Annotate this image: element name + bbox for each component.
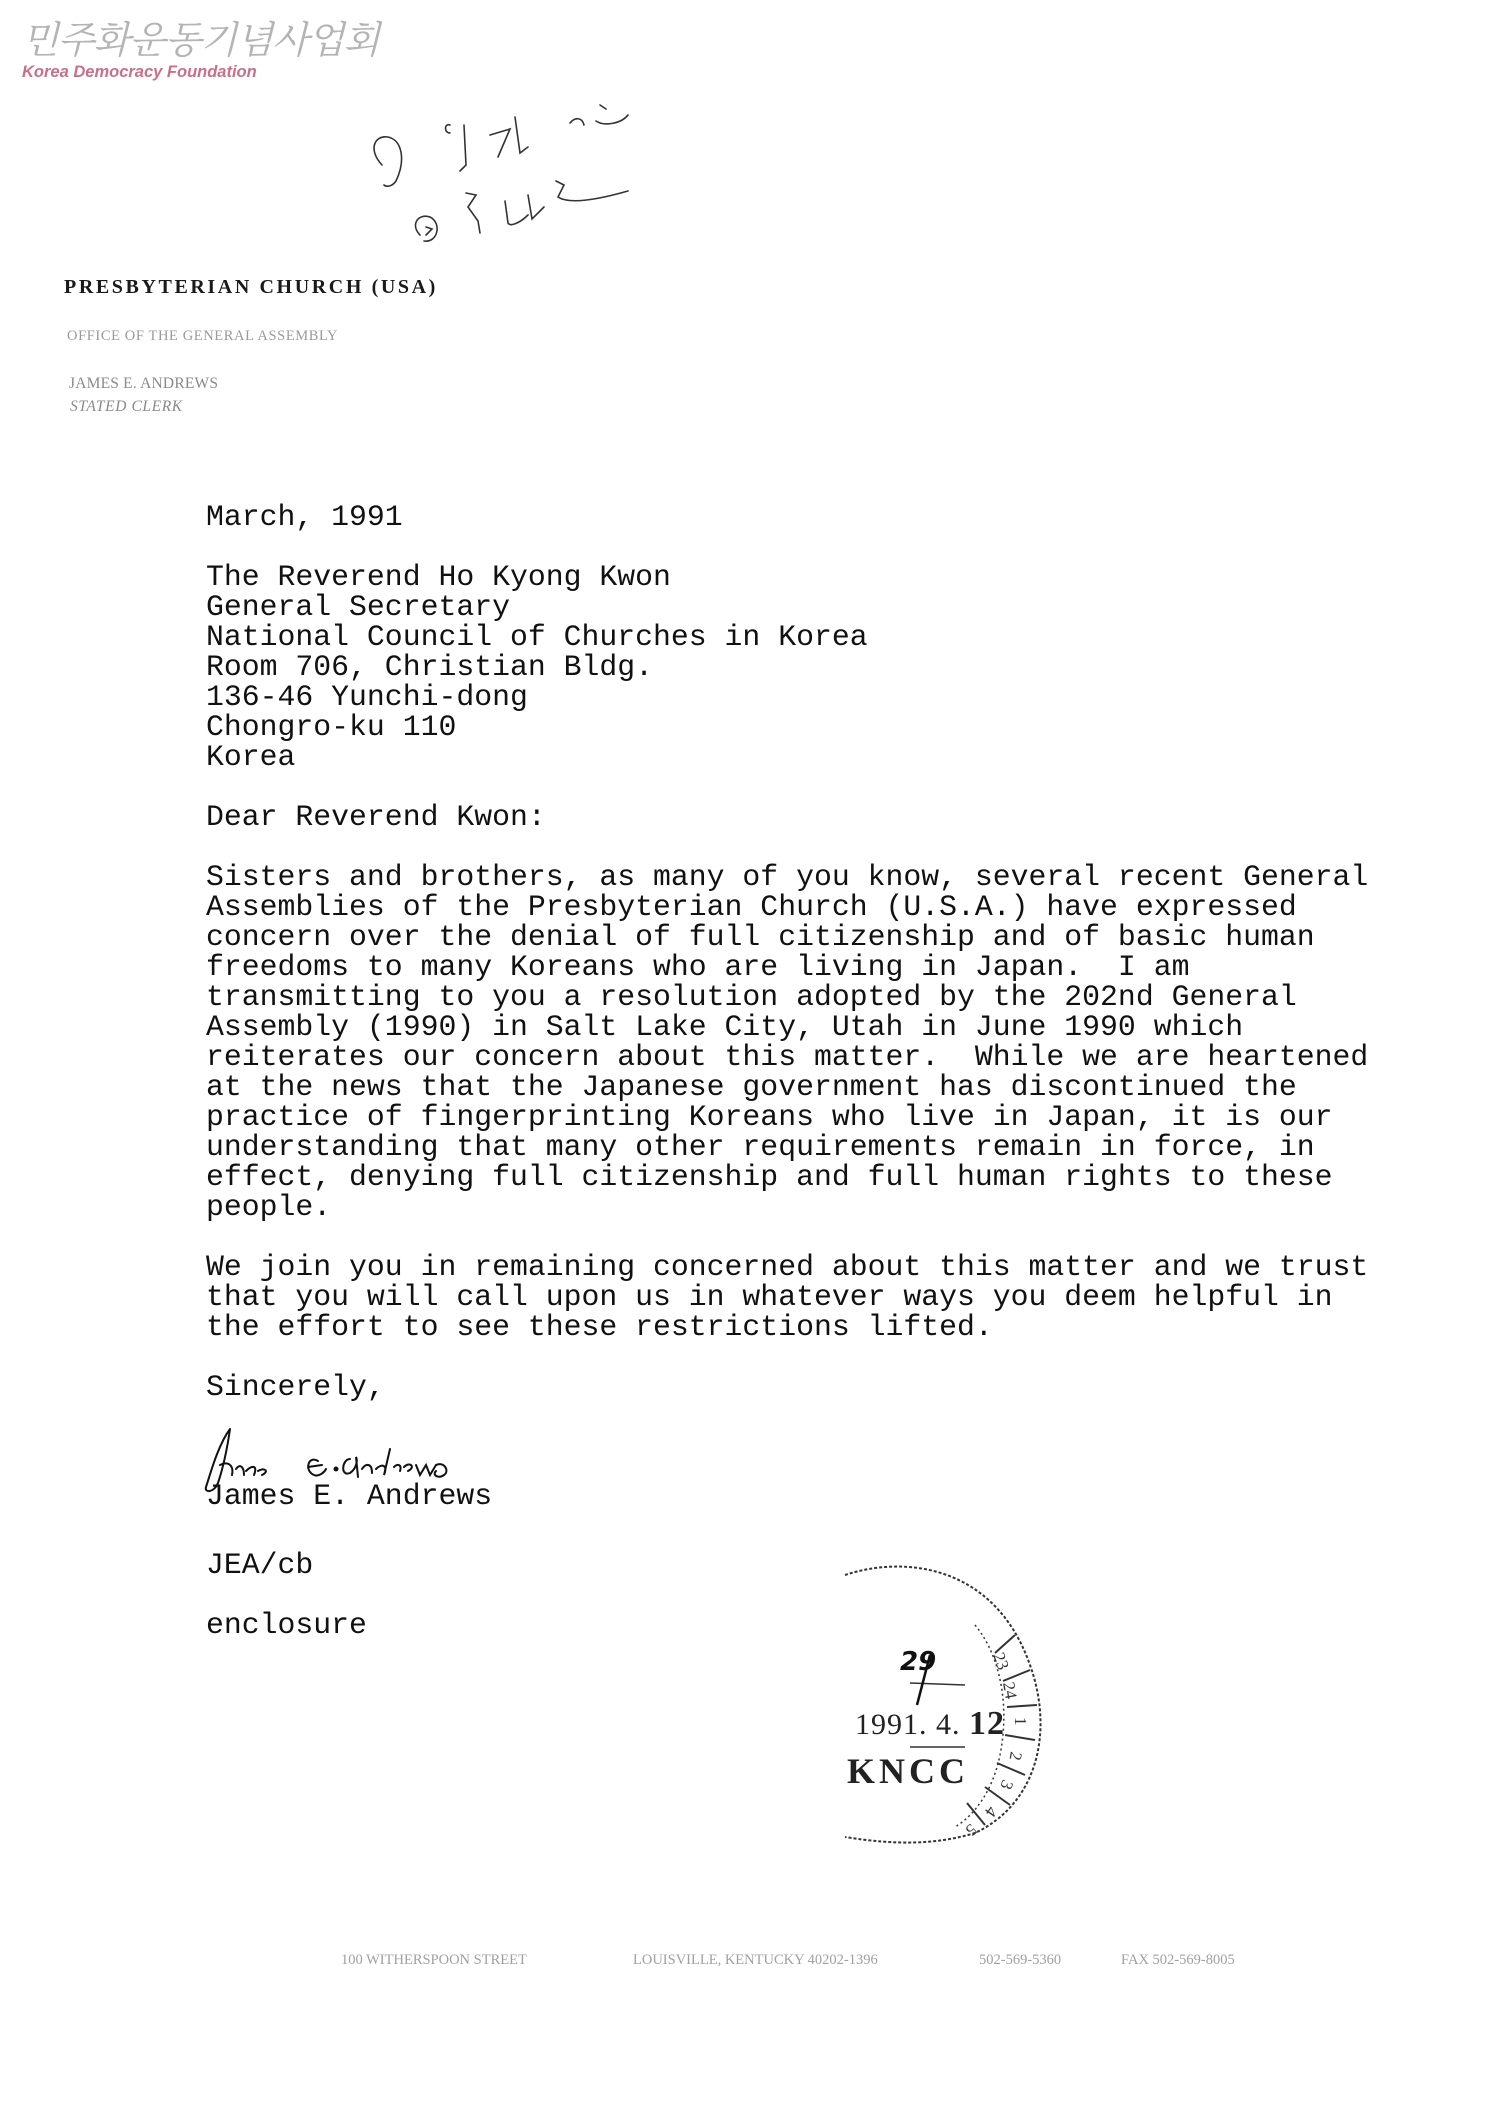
letter-date: March, 1991	[206, 502, 403, 532]
body-line: at the news that the Japanese government…	[206, 1072, 1297, 1102]
foundation-watermark: 민주화운동기념사업회 Korea Democracy Foundation	[22, 18, 379, 82]
body-line: concern over the denial of full citizens…	[206, 922, 1315, 952]
recipient-line: National Council of Churches in Korea	[206, 622, 868, 652]
recipient-line: Chongro-ku 110	[206, 712, 456, 742]
svg-text:23: 23	[989, 1650, 1013, 1672]
svg-text:3: 3	[996, 1778, 1017, 1792]
stamp-date-day: 12	[969, 1705, 1005, 1742]
body-line: that you will call upon us in whatever w…	[206, 1282, 1333, 1312]
svg-text:2: 2	[1006, 1750, 1026, 1762]
body-line: understanding that many other requiremen…	[206, 1132, 1315, 1162]
letter-body: March, 1991 The Reverend Ho Kyong Kwon G…	[206, 0, 313, 1410]
svg-text:5: 5	[962, 1820, 981, 1840]
footer-fax: FAX 502-569-8005	[1121, 1952, 1235, 1969]
recipient-address: The Reverend Ho Kyong Kwon General Secre…	[206, 120, 313, 390]
recipient-line: 136-46 Yunchi-dong	[206, 682, 528, 712]
stamp-handwritten-number: 29	[900, 1647, 936, 1677]
body-line: people.	[206, 1192, 331, 1222]
recipient-line: Korea	[206, 742, 295, 772]
watermark-korean: 민주화운동기념사업회	[22, 18, 379, 62]
body-line: freedoms to many Koreans who are living …	[206, 952, 1189, 982]
footer-city: LOUISVILLE, KENTUCKY 40202-1396	[633, 1952, 878, 1969]
closing: Sincerely,	[206, 1372, 385, 1402]
body-line: transmitting to you a resolution adopted…	[206, 982, 1297, 1012]
watermark-english: Korea Democracy Foundation	[22, 62, 379, 82]
recipient-line: General Secretary	[206, 592, 510, 622]
recipient-line: The Reverend Ho Kyong Kwon	[206, 562, 671, 592]
body-line: Assembly (1990) in Salt Lake City, Utah …	[206, 1012, 1243, 1042]
received-stamp: 23 24 1 2 3 4 5 29 1991. 4. 12 KNCC	[825, 1555, 1065, 1855]
body-line: effect, denying full citizenship and ful…	[206, 1162, 1333, 1192]
body-line: reiterates our concern about this matter…	[206, 1042, 1368, 1072]
body-line: Sisters and brothers, as many of you kno…	[206, 862, 1368, 892]
letterhead-title: STATED CLERK	[70, 398, 183, 416]
body-line: We join you in remaining concerned about…	[206, 1252, 1368, 1282]
stamp-date-prefix: 1991. 4.	[855, 1708, 961, 1741]
svg-text:4: 4	[981, 1803, 1002, 1821]
handwritten-signature	[200, 1425, 540, 1495]
letterhead-name: JAMES E. ANDREWS	[69, 375, 218, 393]
initials: JEA/cb	[206, 1550, 313, 1580]
footer-phone: 502-569-5360	[979, 1952, 1061, 1969]
footer-street: 100 WITHERSPOON STREET	[341, 1952, 527, 1969]
body-line: Assemblies of the Presbyterian Church (U…	[206, 892, 1297, 922]
body-line: the effort to see these restrictions lif…	[206, 1312, 993, 1342]
handwritten-note	[360, 95, 660, 255]
stamp-date: 1991. 4. 12	[855, 1705, 1005, 1743]
enclosure-note: enclosure	[206, 1610, 367, 1640]
stamp-organization: KNCC	[847, 1750, 969, 1792]
recipient-line: Room 706, Christian Bldg.	[206, 652, 653, 682]
body-line: practice of fingerprinting Koreans who l…	[206, 1102, 1333, 1132]
salutation: Dear Reverend Kwon:	[206, 802, 546, 832]
letter-page: 민주화운동기념사업회 Korea Democracy Foundation PR…	[0, 0, 1490, 2105]
svg-text:1: 1	[1011, 1717, 1030, 1726]
svg-text:24: 24	[999, 1680, 1021, 1701]
